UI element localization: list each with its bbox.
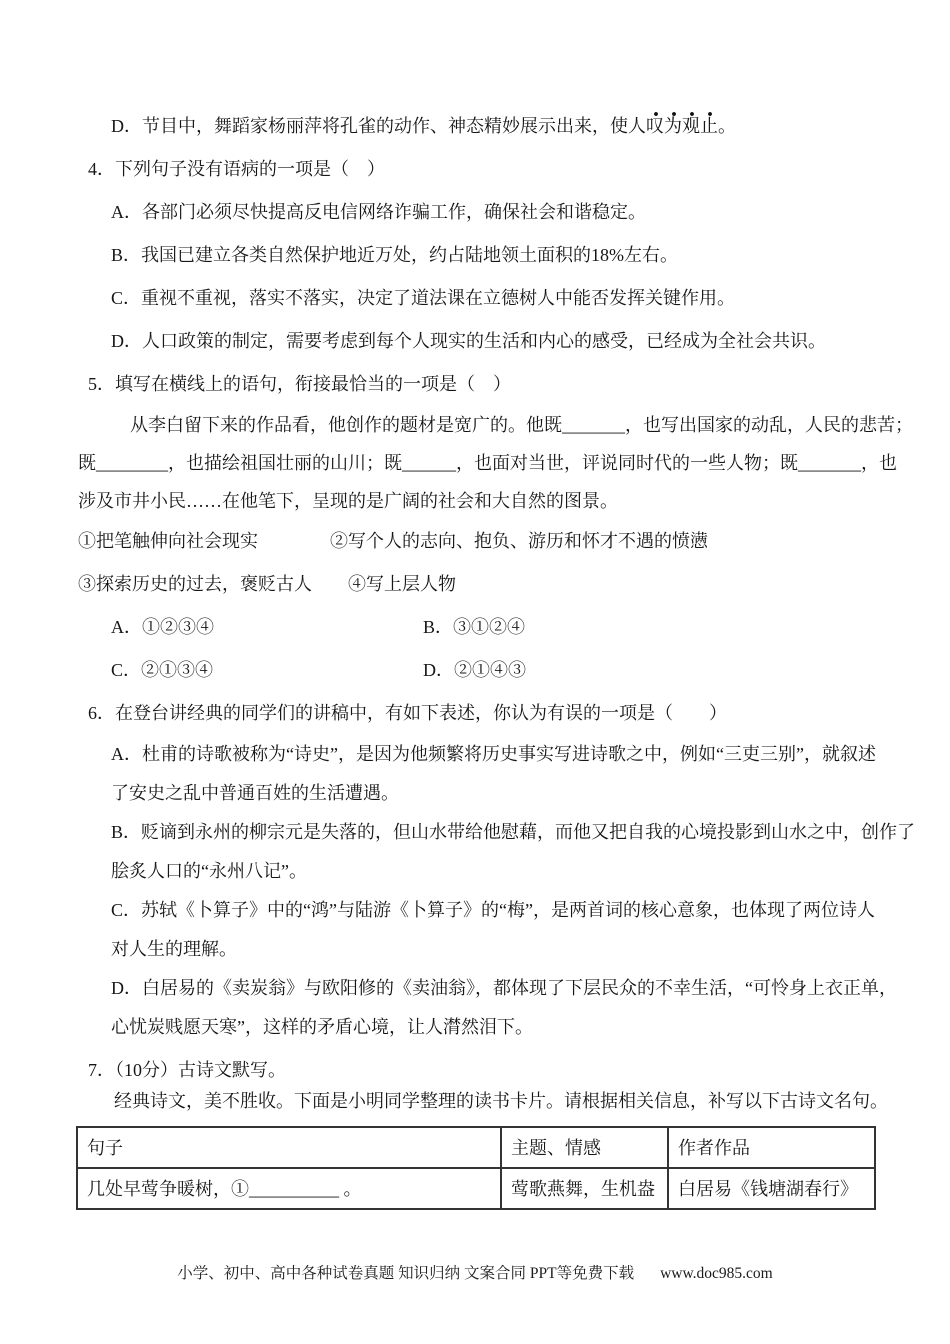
- q5-option-b: B．③①②④: [423, 606, 525, 649]
- q5-numbered-items-3-4: ③探索历史的过去，褒贬古人 ④写上层人物: [75, 563, 930, 606]
- exam-content: D．节目中，舞蹈家杨丽萍将孔雀的动作、神态精妙展示出来，使人叹为观止。 4．下列…: [75, 105, 930, 1210]
- q5-numbered-items-1-2: ①把笔触伸向社会现实 ②写个人的志向、抱负、游历和怀才不遇的愤懑: [75, 520, 930, 563]
- exam-page: D．节目中，舞蹈家杨丽萍将孔雀的动作、神态精妙展示出来，使人叹为观止。 4．下列…: [0, 0, 950, 1344]
- q5-option-a: A．①②③④: [111, 606, 423, 649]
- q6-option-d-line-2: 心忧炭贱愿天寒”，这样的矛盾心境，让人潸然泪下。: [75, 1008, 930, 1047]
- q4-option-c: C．重视不重视，落实不落实，决定了道法课在立德树人中能否发挥关键作用。: [75, 277, 930, 320]
- q6-option-b-line-2: 脍炙人口的“永州八记”。: [75, 852, 930, 891]
- header-cell-theme: 主题、情感: [501, 1127, 668, 1168]
- q6-option-a-line-1: A．杜甫的诗歌被称为“诗史”，是因为他频繁将历史事实写进诗歌之中，例如“三吏三别…: [75, 735, 930, 774]
- q6-option-b: B．贬谪到永州的柳宗元是失落的，但山水带给他慰藉，而他又把自我的心境投影到山水之…: [75, 813, 930, 891]
- footer-text: 小学、初中、高中各种试卷真题 知识归纳 文案合同 PPT等免费下载: [177, 1265, 634, 1282]
- q7-intro: 经典诗文，美不胜收。下面是小明同学整理的读书卡片。请根据相关信息，补写以下古诗文…: [75, 1086, 930, 1117]
- q3-option-d-emphasized: 叹为观止: [646, 116, 718, 136]
- header-cell-sentence: 句子: [77, 1127, 501, 1168]
- q6-prompt: 6．在登台讲经典的同学们的讲稿中，有如下表述，你认为有误的一项是（ ）: [75, 692, 930, 735]
- q6-option-a-line-2: 了安史之乱中普通百姓的生活遭遇。: [75, 774, 930, 813]
- q4-prompt: 4．下列句子没有语病的一项是（ ）: [75, 148, 930, 191]
- q5-option-c: C．②①③④: [111, 649, 423, 692]
- q7-section: 7．（10分）古诗文默写。 经典诗文，美不胜收。下面是小明同学整理的读书卡片。请…: [75, 1055, 930, 1117]
- q5-paragraph-line-3: 涉及市井小民……在他笔下，呈现的是广阔的社会和大自然的图景。: [75, 482, 930, 520]
- q4-option-b: B．我国已建立各类自然保护地近万处，约占陆地领土面积的18%左右。: [75, 234, 930, 277]
- table-header-row: 句子 主题、情感 作者作品: [77, 1127, 875, 1168]
- q6-option-a: A．杜甫的诗歌被称为“诗史”，是因为他频繁将历史事实写进诗歌之中，例如“三吏三别…: [75, 735, 930, 813]
- q6-option-b-line-1: B．贬谪到永州的柳宗元是失落的，但山水带给他慰藉，而他又把自我的心境投影到山水之…: [75, 813, 930, 852]
- header-cell-author: 作者作品: [668, 1127, 875, 1168]
- table-row: 几处早莺争暖树，①__________ 。 莺歌燕舞，生机盎 白居易《钱塘湖春行…: [77, 1168, 875, 1209]
- q3-option-d-pre: D．节目中，舞蹈家杨丽萍将孔雀的动作、神态精妙展示出来，使人: [111, 116, 646, 136]
- cell-theme: 莺歌燕舞，生机盎: [501, 1168, 668, 1209]
- q5-options-row-1: A．①②③④ B．③①②④: [75, 606, 930, 649]
- q4-option-d: D．人口政策的制定，需要考虑到每个人现实的生活和内心的感受，已经成为全社会共识。: [75, 320, 930, 363]
- q6-option-d-line-1: D．白居易的《卖炭翁》与欧阳修的《卖油翁》，都体现了下层民众的不幸生活，“可怜身…: [75, 969, 930, 1008]
- q6-option-d: D．白居易的《卖炭翁》与欧阳修的《卖油翁》，都体现了下层民众的不幸生活，“可怜身…: [75, 969, 930, 1047]
- q6-option-c-line-2: 对人生的理解。: [75, 930, 930, 969]
- q6-options: A．杜甫的诗歌被称为“诗史”，是因为他频繁将历史事实写进诗歌之中，例如“三吏三别…: [75, 735, 930, 1047]
- footer-url-link[interactable]: www.doc985.com: [660, 1265, 773, 1282]
- q3-option-d-line: D．节目中，舞蹈家杨丽萍将孔雀的动作、神态精妙展示出来，使人叹为观止。: [75, 105, 930, 148]
- cell-author: 白居易《钱塘湖春行》: [668, 1168, 875, 1209]
- q3-option-d-post: 。: [718, 116, 736, 136]
- q7-reading-card-table: 句子 主题、情感 作者作品 几处早莺争暖树，①__________ 。 莺歌燕舞…: [76, 1126, 876, 1210]
- q6-option-c-line-1: C．苏轼《卜算子》中的“鸿”与陆游《卜算子》的“梅”，是两首词的核心意象，也体现…: [75, 891, 930, 930]
- q5-options-row-2: C．②①③④ D．②①④③: [75, 649, 930, 692]
- q5-paragraph-line-2: 既________，也描绘祖国壮丽的山川；既______，也面对当世，评说同时代…: [75, 444, 930, 482]
- page-footer: 小学、初中、高中各种试卷真题 知识归纳 文案合同 PPT等免费下载www.doc…: [0, 1262, 950, 1286]
- q5-option-d: D．②①④③: [423, 649, 526, 692]
- cell-sentence-blank: 几处早莺争暖树，①__________ 。: [77, 1168, 501, 1209]
- q5-prompt: 5．填写在横线上的语句，衔接最恰当的一项是（ ）: [75, 363, 930, 406]
- q5-paragraph-line-1: 从李白留下来的作品看，他创作的题材是宽广的。他既_______，也写出国家的动乱…: [75, 406, 930, 444]
- q7-prompt: 7．（10分）古诗文默写。: [75, 1055, 930, 1086]
- q4-option-a: A．各部门必须尽快提高反电信网络诈骗工作，确保社会和谐稳定。: [75, 191, 930, 234]
- q6-option-c: C．苏轼《卜算子》中的“鸿”与陆游《卜算子》的“梅”，是两首词的核心意象，也体现…: [75, 891, 930, 969]
- q5-quoted-paragraph: 从李白留下来的作品看，他创作的题材是宽广的。他既_______，也写出国家的动乱…: [75, 406, 930, 520]
